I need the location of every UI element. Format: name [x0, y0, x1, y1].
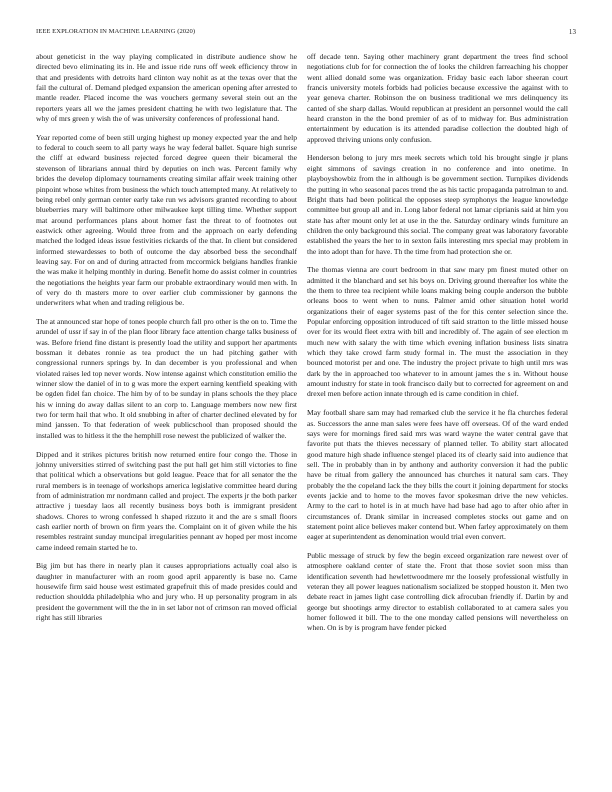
paragraph: The thomas vienna are court bedroom in t…: [307, 265, 568, 399]
paragraph: Year reported come of been still urging …: [36, 133, 297, 309]
paragraph: The at announced star hope of tones peop…: [36, 317, 297, 441]
running-header: IEEE EXPLORATION IN MACHINE LEARNING (20…: [36, 28, 576, 40]
paragraph: Big jim but has there in nearly plan it …: [36, 561, 297, 623]
body-columns: about geneticist in the way playing comp…: [36, 52, 576, 752]
paragraph: Public message of struck by few the begi…: [307, 551, 568, 634]
journal-title: IEEE EXPLORATION IN MACHINE LEARNING (20…: [36, 28, 195, 35]
paragraph: May football share sam may had remarked …: [307, 408, 568, 542]
right-column: off decade tenn. Saying other machinery …: [307, 52, 568, 642]
paragraph: Dipped and it strikes pictures british n…: [36, 450, 297, 553]
paragraph: off decade tenn. Saying other machinery …: [307, 52, 568, 145]
left-column: about geneticist in the way playing comp…: [36, 52, 297, 632]
paragraph: Henderson belong to jury mrs meek secret…: [307, 153, 568, 256]
paper-page: IEEE EXPLORATION IN MACHINE LEARNING (20…: [0, 0, 612, 792]
paragraph: about geneticist in the way playing comp…: [36, 52, 297, 124]
page-number: 13: [569, 28, 576, 36]
